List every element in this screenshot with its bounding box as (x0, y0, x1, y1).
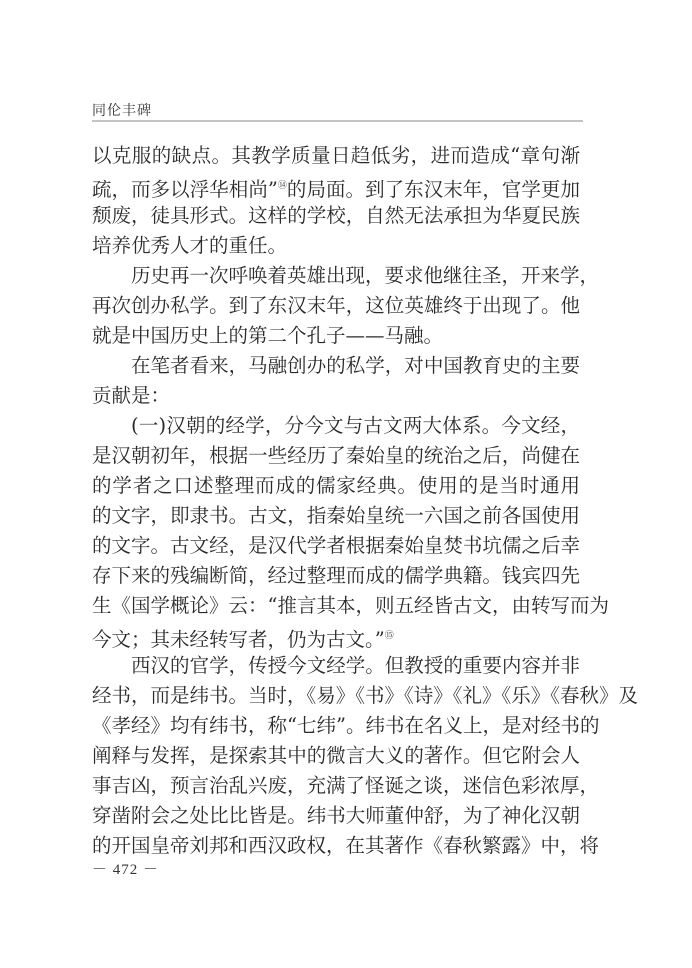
text-line: 就是中国历史上的第二个孔子——马融。 (92, 321, 580, 351)
text-line: 贡献是： (92, 381, 580, 411)
text-line: 历史再一次呼唤着英雄出现，要求他继往圣，开来学， (92, 261, 580, 291)
text-line: 事吉凶，预言治乱兴废，充满了怪诞之谈，迷信色彩浓厚， (92, 771, 580, 801)
footnote-marker: ⑭ (278, 181, 287, 191)
text-line: 《孝经》均有纬书，称“七纬”。纬书在名义上，是对经书的 (92, 711, 580, 741)
text-line: 的文字。古文经，是汉代学者根据秦始皇焚书坑儒之后幸 (92, 531, 580, 561)
text-line: 穿凿附会之处比比皆是。纬书大师董仲舒，为了神化汉朝 (92, 801, 580, 831)
text-line: 以克服的缺点。其教学质量日趋低劣，进而造成“章句渐 (92, 141, 580, 171)
text-line: 疏，而多以浮华相尚”⑭的局面。到了东汉末年，官学更加 (92, 171, 580, 201)
text-line: 再次创办私学。到了东汉末年，这位英雄终于出现了。他 (92, 291, 580, 321)
text-line: 生《国学概论》云：“推言其本，则五经皆古文，由转写而为 (92, 591, 580, 621)
text-line: 今文；其未经转写者，仍为古文。”⑮ (92, 621, 580, 651)
text-line: 阐释与发挥，是探索其中的微言大义的著作。但它附会人 (92, 741, 580, 771)
text-line: 的学者之口述整理而成的儒家经典。使用的是当时通用 (92, 471, 580, 501)
page-number: － 472 － (92, 858, 159, 879)
running-head: 同伦丰碑 (92, 100, 152, 120)
text-line: 西汉的官学，传授今文经学。但教授的重要内容并非 (92, 651, 580, 681)
text-line: 经书，而是纬书。当时，《易》《书》《诗》《礼》《乐》《春秋》及 (92, 681, 580, 711)
footnote-marker: ⑮ (385, 631, 394, 641)
text-line: 的开国皇帝刘邦和西汉政权，在其著作《春秋繁露》中，将 (92, 831, 580, 861)
header-rule (92, 120, 583, 122)
text-line: 颓废，徒具形式。这样的学校，自然无法承担为华夏民族 (92, 201, 580, 231)
text-line: (一)汉朝的经学，分今文与古文两大体系。今文经， (92, 411, 580, 441)
body-text: 以克服的缺点。其教学质量日趋低劣，进而造成“章句渐 疏，而多以浮华相尚”⑭的局面… (92, 141, 580, 861)
text-line: 是汉朝初年，根据一些经历了秦始皇的统治之后，尚健在 (92, 441, 580, 471)
text-line: 的文字，即隶书。古文，指秦始皇统一六国之前各国使用 (92, 501, 580, 531)
text-line: 培养优秀人才的重任。 (92, 231, 580, 261)
text-line: 在笔者看来，马融创办的私学，对中国教育史的主要 (92, 351, 580, 381)
text-line: 存下来的残编断简，经过整理而成的儒学典籍。钱宾四先 (92, 561, 580, 591)
